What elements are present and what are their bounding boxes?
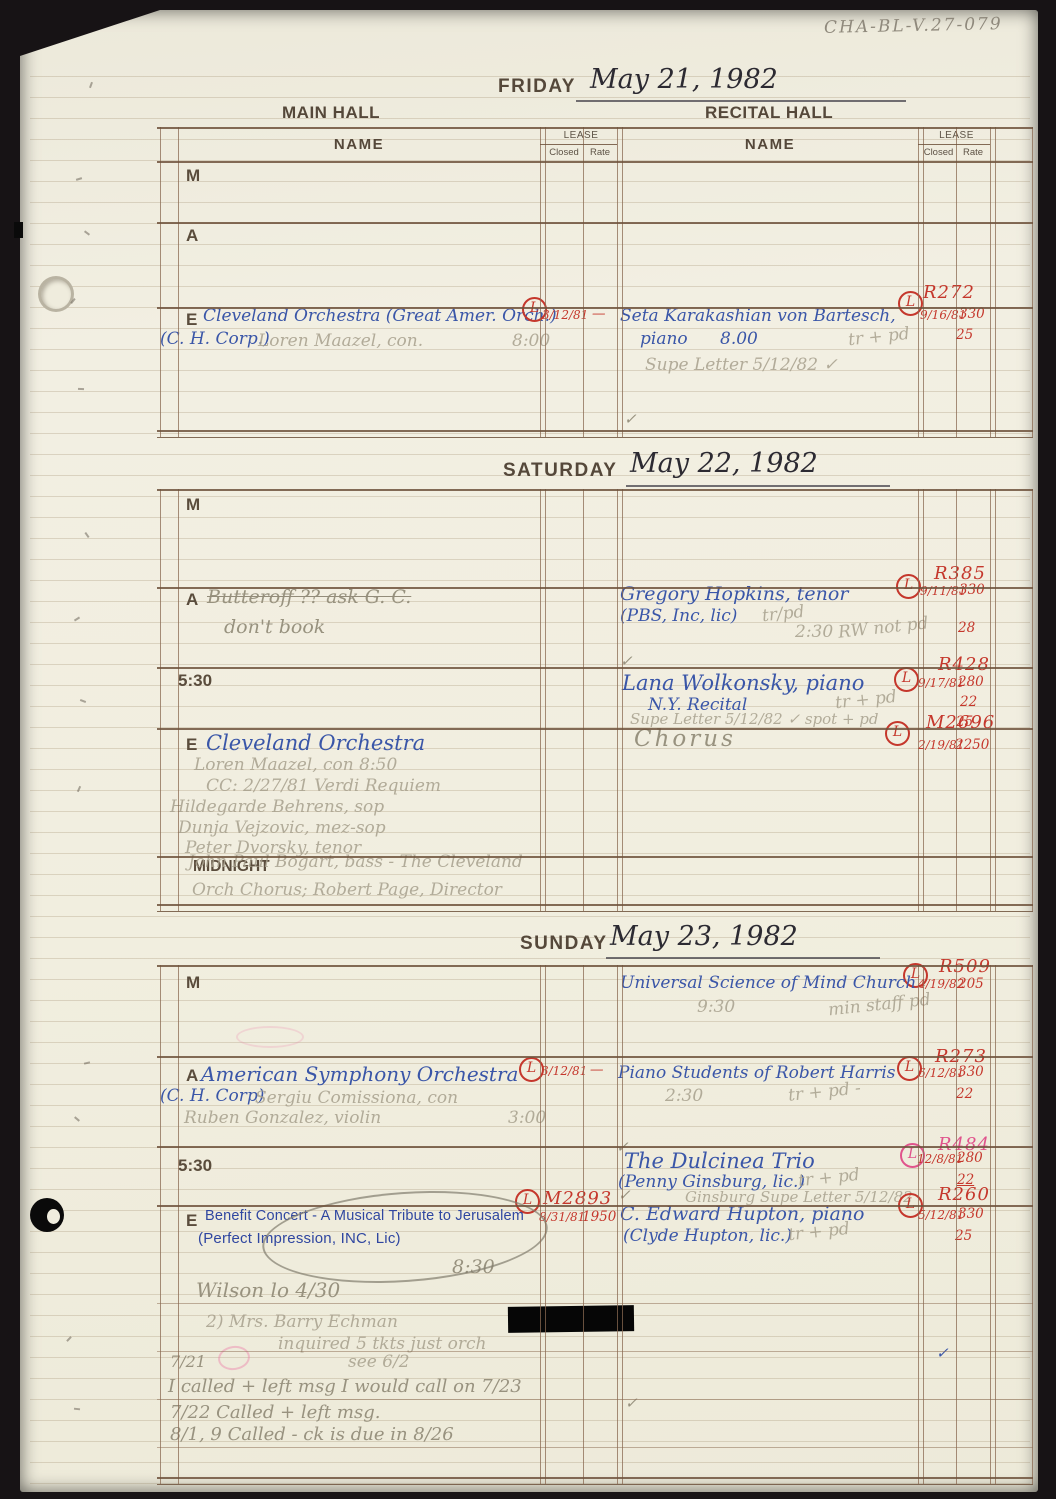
grid-vline <box>622 489 623 911</box>
grid-vline <box>545 489 546 911</box>
hw-saturday-recital-lic: (PBS, Inc, lic) <box>620 606 737 626</box>
closed-header-left: Closed <box>545 147 583 158</box>
hole-punch-bottom-paper <box>47 1209 60 1224</box>
grid-hline <box>157 911 1033 912</box>
scanned-ledger-page: CHA-BL-V.27-079 CA FRIDAY May 21, 1982 M… <box>0 0 1056 1499</box>
handwritten-date-sunday: May 23, 1982 <box>610 921 798 952</box>
row-label-sunday-530: 5:30 <box>178 1156 212 1176</box>
col-header-name-right: NAME <box>622 136 918 153</box>
hw-sunday-530-rate: 280 <box>957 1150 983 1166</box>
grid-hline <box>157 965 1033 967</box>
lease-header-divider <box>918 144 990 145</box>
hw-sunday-a-main-act: American Symphony Orchestra <box>201 1062 518 1086</box>
grid-hline <box>157 161 1033 163</box>
hw-friday-recital-lease-code: R272 <box>923 282 975 303</box>
grid-vline <box>990 489 991 911</box>
handwritten-date-friday: May 21, 1982 <box>590 64 778 95</box>
lease-header-divider <box>540 144 617 145</box>
hw-friday-main-act: Cleveland Orchestra (Great Amer. Orch.) <box>203 306 557 326</box>
hw-sunday-m-rate: 205 <box>958 976 984 992</box>
row-label-friday-m: M <box>186 166 200 186</box>
handwritten-date-saturday: May 22, 1982 <box>630 448 818 479</box>
hw-sunday-a-main-rate: — <box>590 1062 604 1078</box>
hw-checkmark: ✓ <box>625 1394 638 1412</box>
hw-saturday-e-cast1: Loren Maazel, con 8:50 <box>194 755 397 775</box>
rate-header-left: Rate <box>583 147 617 158</box>
grid-hline <box>157 1056 1033 1058</box>
grid-vline <box>545 965 546 1484</box>
grid-vline <box>923 489 924 911</box>
grid-vline <box>990 127 991 437</box>
grid-hline-medium <box>157 1303 1033 1304</box>
row-label-sunday-m: M <box>186 973 200 993</box>
grid-vline <box>990 965 991 1484</box>
row-label-saturday-a: A <box>186 590 198 610</box>
date-underline <box>626 485 890 487</box>
grid-vline <box>1032 127 1033 437</box>
hw-note-name: 2) Mrs. Barry Echman <box>206 1312 398 1332</box>
edge-nick <box>14 222 23 238</box>
hw-sunday-m-time: 9:30 <box>697 997 735 1017</box>
hw-saturday-e-cast2: CC: 2/27/81 Verdi Requiem <box>206 776 441 796</box>
hw-sunday-e-main-rate: 1950 <box>582 1209 616 1225</box>
grid-hline-medium <box>157 1447 1033 1448</box>
grid-vline <box>617 127 618 437</box>
grid-vline <box>995 965 996 1484</box>
hw-saturday-e-cast7: Orch Chorus; Robert Page, Director <box>192 880 502 900</box>
ruled-lines <box>30 56 1030 1484</box>
grid-hline-medium <box>157 1351 1033 1352</box>
row-label-saturday-m: M <box>186 495 200 515</box>
grid-vline <box>956 489 957 911</box>
hw-saturday-530-rate: 280 <box>958 674 984 690</box>
hw-saturday-e-cast6: John Paul Bogart, bass - The Cleveland <box>188 852 523 872</box>
grid-hline <box>157 222 1033 224</box>
grid-vline <box>956 127 957 437</box>
hw-saturday-530-fee1: 22 <box>960 694 977 710</box>
hw-note-wilson: Wilson lo 4/30 <box>196 1278 340 1302</box>
hw-note-see: see 6/2 <box>348 1352 410 1372</box>
hw-checkmark: ✓ <box>618 1186 631 1204</box>
hw-sunday-a-main-closed: 3/12/81 <box>541 1064 587 1078</box>
archive-code: CHA-BL-V.27-079 <box>824 14 1003 38</box>
redaction-bar <box>508 1305 634 1333</box>
hw-sunday-a-main-conductor: Sergiu Comissiona, con <box>255 1088 458 1108</box>
hw-sunday-530-act: The Dulcinea Trio <box>624 1149 815 1173</box>
day-title-saturday: SATURDAY <box>503 460 617 482</box>
hw-saturday-e-cast3: Hildegarde Behrens, sop <box>170 797 384 817</box>
hw-saturday-530-lease-code: R428 <box>938 654 990 675</box>
rate-header-right: Rate <box>956 147 990 158</box>
hw-saturday-recital-fee: 28 <box>958 620 975 636</box>
ink-bleed-mark <box>236 1026 304 1048</box>
grid-vline <box>178 127 179 437</box>
grid-vline <box>918 965 919 1484</box>
grid-vline <box>160 489 161 911</box>
row-label-friday-a: A <box>186 226 198 246</box>
hw-saturday-main-dontbook: don't book <box>224 616 325 638</box>
hw-friday-recital-instrument: piano <box>640 329 688 349</box>
hw-note-called1: I called + left msg I would call on 7/23 <box>168 1376 522 1397</box>
grid-vline <box>540 489 541 911</box>
hw-saturday-recital-rate: 330 <box>959 582 985 598</box>
day-title-friday: FRIDAY <box>498 76 576 98</box>
hw-note-called3: 8/1, 9 Called - ck is due in 8/26 <box>170 1424 454 1445</box>
grid-vline <box>923 965 924 1484</box>
hw-sunday-e-recital-lic: (Clyde Hupton, lic.) <box>623 1226 792 1246</box>
row-label-saturday-530: 5:30 <box>178 671 212 691</box>
grid-hline <box>157 667 1033 669</box>
date-underline <box>606 957 880 959</box>
grid-hline <box>157 728 1033 730</box>
grid-vline <box>995 489 996 911</box>
col-header-name-left: NAME <box>178 136 540 153</box>
grid-vline <box>918 489 919 911</box>
grid-hline <box>157 489 1033 491</box>
hw-checkmark: ✓ <box>624 410 637 428</box>
grid-vline <box>923 127 924 437</box>
grid-vline <box>583 965 584 1484</box>
grid-hline <box>157 437 1033 438</box>
hw-friday-main-conductor: Loren Maazel, con. <box>258 331 423 351</box>
date-underline <box>576 100 906 102</box>
row-label-saturday-e: E <box>186 735 197 755</box>
circled-l-mark: L <box>894 667 919 692</box>
grid-vline <box>1032 489 1033 911</box>
hw-sunday-a-recital-fee: 22 <box>956 1086 973 1102</box>
grid-vline <box>160 127 161 437</box>
hw-saturday-e-act: Cleveland Orchestra <box>206 731 425 755</box>
hw-saturday-e-cast4: Dunja Vejzovic, mez-sop <box>178 818 386 838</box>
grid-vline <box>1032 965 1033 1484</box>
grid-hline <box>157 904 1033 906</box>
row-label-sunday-a: A <box>186 1066 198 1086</box>
grid-hline <box>157 1477 1033 1479</box>
hw-sunday-e-recital-fee: 25 <box>955 1228 972 1244</box>
grid-hline <box>157 1484 1033 1485</box>
hw-sunday-a-main-corp: (C. H. Corp) <box>160 1086 264 1106</box>
grid-vline <box>160 965 161 1484</box>
hw-sunday-m-org: Universal Science of Mind Church <box>620 973 916 993</box>
hall-label-main: MAIN HALL <box>282 103 380 123</box>
hw-sunday-e-recital-rate: 330 <box>958 1206 984 1222</box>
grid-vline <box>622 965 623 1484</box>
hw-friday-main-corp: (C. H. Corp.) <box>160 329 270 349</box>
hw-saturday-recital-lease-code: R385 <box>934 563 986 584</box>
hw-note-date1: 7/21 <box>170 1352 206 1371</box>
hw-saturday-e-rate: 2250 <box>955 737 989 753</box>
hw-friday-main-closed: 3/12/81 <box>542 308 588 322</box>
hall-label-recital: RECITAL HALL <box>705 103 833 123</box>
grid-hline <box>157 127 1033 129</box>
hw-friday-recital-note: Supe Letter 5/12/82 ✓ <box>645 355 838 375</box>
grid-vline <box>545 127 546 437</box>
grid-vline <box>540 965 541 1484</box>
grid-hline <box>157 587 1033 589</box>
grid-vline <box>622 127 623 437</box>
hw-sunday-e-recital-lease-code: R260 <box>938 1184 990 1205</box>
grid-hline-medium <box>157 1399 1033 1400</box>
grid-vline <box>583 127 584 437</box>
grid-vline <box>540 127 541 437</box>
hw-friday-recital-fee: 25 <box>956 327 973 343</box>
row-label-sunday-e: E <box>186 1211 197 1231</box>
closed-header-right: Closed <box>921 147 956 158</box>
grid-hline <box>157 307 1033 309</box>
hw-saturday-main-crossed: Butteroff ?? ask G. C. <box>207 586 411 608</box>
hw-friday-recital-artist: Seta Karakashian von Bartesch, <box>620 306 896 326</box>
hw-note-called2: 7/22 Called + left msg. <box>170 1402 380 1423</box>
grid-hline <box>157 1205 1033 1207</box>
grid-vline <box>178 965 179 1484</box>
grid-vline <box>178 489 179 911</box>
day-title-sunday: SUNDAY <box>520 933 608 955</box>
lease-header-left: LEASE <box>540 130 622 141</box>
row-label-friday-e: E <box>186 310 197 330</box>
hw-saturday-recital-time: 2:30 <box>795 622 833 642</box>
hw-sunday-a-recital-rate: 330 <box>958 1064 984 1080</box>
hw-saturday-530-artist: Lana Wolkonsky, piano <box>622 671 864 695</box>
grid-hline <box>157 430 1033 432</box>
grid-vline <box>583 489 584 911</box>
margin-pencil-mark <box>78 388 84 390</box>
hw-friday-recital-time: 8.00 <box>720 329 758 349</box>
hw-sunday-a-recital-time: 2:30 <box>665 1086 703 1106</box>
grid-hline <box>157 856 1033 858</box>
grid-vline <box>617 965 618 1484</box>
hw-sunday-a-main-soloist: Ruben Gonzalez, violin <box>184 1108 381 1128</box>
grid-vline <box>918 127 919 437</box>
hole-punch-top <box>38 276 74 312</box>
grid-vline <box>617 489 618 911</box>
circled-l-mark: L <box>885 721 910 746</box>
grid-vline <box>995 127 996 437</box>
grid-hline <box>157 1146 1033 1148</box>
grid-vline <box>956 965 957 1484</box>
hw-checkmark-blue: ✓ <box>936 1344 949 1362</box>
